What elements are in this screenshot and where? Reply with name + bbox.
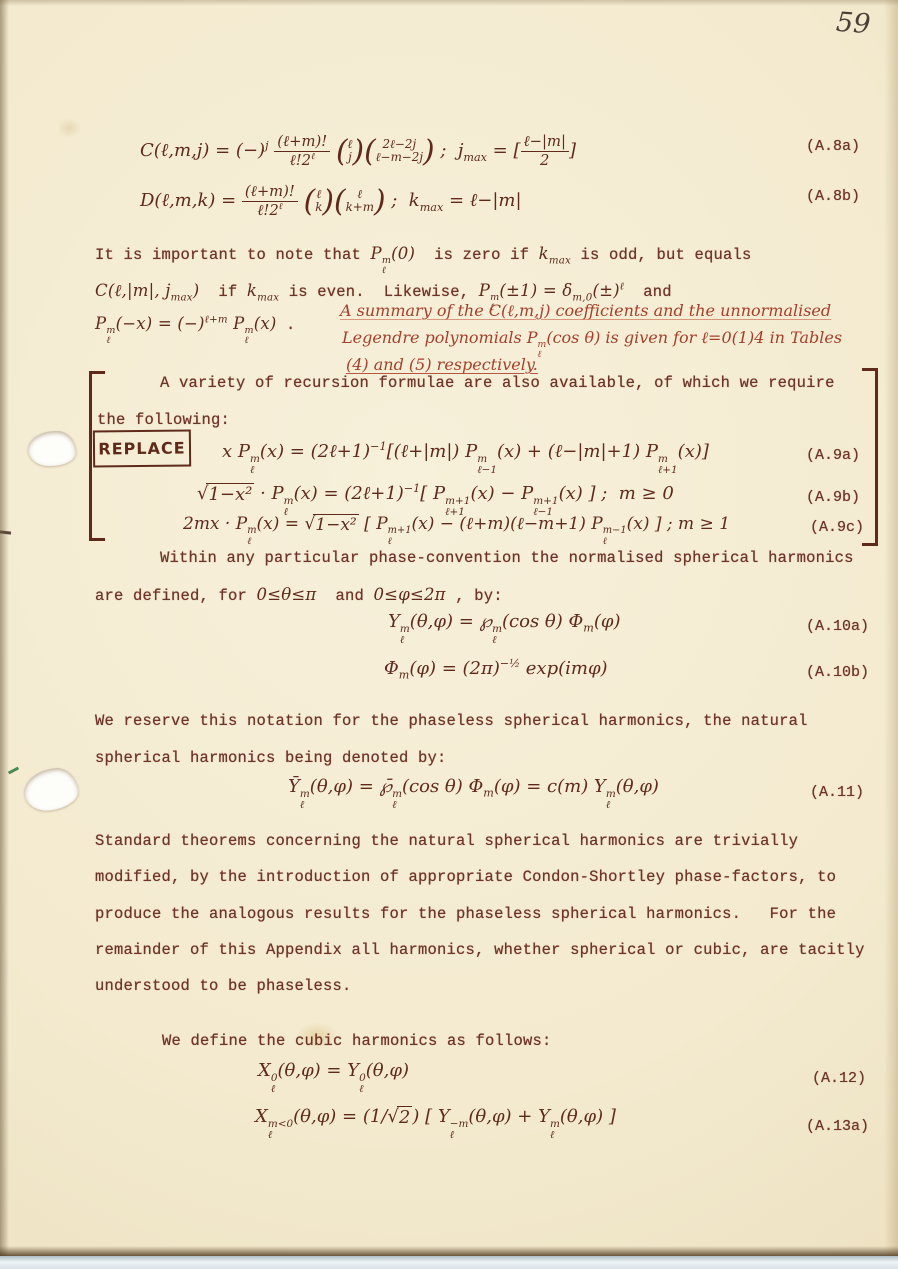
recursion-intro-line: A variety of recursion formulae are also… [160, 374, 835, 392]
standard-paragraph-line: modified, by the introduction of appropr… [95, 868, 836, 886]
equation-label-a9b: (A.9b) [806, 489, 860, 506]
punch-hole [28, 431, 76, 466]
reserve-paragraph-line: We reserve this notation for the phasele… [95, 712, 808, 730]
equation-label-a13a: (A.13a) [806, 1118, 869, 1135]
green-dash-mark [8, 767, 19, 775]
equation-label-a8b: (A.8b) [806, 188, 860, 205]
standard-paragraph-line: Standard theorems concerning the natural… [95, 832, 798, 850]
standard-paragraph-line: remainder of this Appendix all harmonics… [95, 941, 865, 959]
equation-label-a8a: (A.8a) [806, 138, 860, 155]
handwritten-math: Pmℓ(±1) = δm,0(±)ℓ [479, 281, 624, 300]
equation-a13a: Xm<0ℓ(θ,φ) = (1/√2) [ Y−mℓ(θ,φ) + Ymℓ(θ,… [255, 1106, 616, 1141]
equation-label-a12: (A.12) [812, 1070, 866, 1087]
margin-note-line: (4) and (5) respectively. [346, 355, 538, 374]
define-cubic-line: We define the cubic harmonics as follows… [162, 1032, 552, 1050]
note-paragraph-line: Pmℓ(−x) = (−)ℓ+m Pmℓ(x) . [95, 314, 296, 346]
paper-edge-left [0, 0, 9, 1269]
handwritten-math: 0≤φ≤2π [373, 585, 445, 604]
equation-label-a10a: (A.10a) [806, 618, 869, 635]
equation-a8a: C(ℓ,m,j) = (−)j (ℓ+m)!ℓ!2ℓ (ℓj)(2ℓ−2jℓ−m… [140, 133, 576, 169]
paper-stain [56, 118, 82, 138]
scanned-page: 59 C(ℓ,m,j) = (−)j (ℓ+m)!ℓ!2ℓ (ℓj)(2ℓ−2j… [0, 0, 898, 1269]
page-number: 59 [835, 7, 871, 40]
equation-a10a: Ymℓ(θ,φ) = ℘mℓ(cos θ) Φm(φ) [388, 611, 621, 646]
equation-a9c: 2mx · Pmℓ(x) = √1−x² [ Pm+1ℓ(x) − (ℓ+m)(… [183, 514, 730, 547]
equation-label-a9a: (A.9a) [806, 447, 860, 464]
handwritten-math: kmax [247, 281, 279, 300]
scanner-background-strip [0, 1256, 898, 1269]
equation-label-a9c: (A.9c) [810, 519, 864, 536]
equation-label-a10b: (A.10b) [806, 664, 869, 681]
handwritten-math: kmax [539, 244, 571, 263]
replace-annotation: REPLACE [93, 429, 191, 467]
handwritten-math: Pmℓ(0) [371, 244, 416, 263]
reserve-paragraph-line: spherical harmonics being denoted by: [95, 749, 447, 767]
punch-hole [21, 765, 81, 814]
handwritten-math: Pmℓ(−x) = (−)ℓ+m Pmℓ(x) [95, 314, 277, 333]
paper-edge-bottom [0, 1246, 898, 1256]
margin-note-line: A summary of the C(ℓ,m,j) coefficients a… [340, 301, 831, 321]
equation-a8b: D(ℓ,m,k) = (ℓ+m)!ℓ!2ℓ (ℓk)(ℓk+m) ; kmax … [140, 183, 522, 219]
handwritten-math: 0≤θ≤π [257, 585, 317, 604]
equation-a10b: Φm(φ) = (2π)−½ exp(imφ) [384, 657, 608, 682]
equation-a9a: x Pmℓ(x) = (2ℓ+1)−1[(ℓ+|m|) Pmℓ−1(x) + (… [222, 440, 709, 476]
note-paragraph-line: It is important to note that Pmℓ(0) is z… [95, 244, 752, 276]
handwritten-math: C(ℓ,|m|, jmax) [95, 281, 199, 300]
equation-a12: X0ℓ(θ,φ) = Y0ℓ(θ,φ) [258, 1060, 409, 1095]
paper-edge-top [0, 0, 898, 6]
equation-a11: Ȳmℓ(θ,φ) = ℘̄mℓ(cos θ) Φm(φ) = c(m) Ymℓ(… [288, 776, 659, 811]
equation-a9b: √1−x² · Pmℓ(x) = (2ℓ+1)−1[ Pm+1ℓ+1(x) − … [197, 482, 674, 518]
paper-edge-right [884, 0, 898, 1269]
standard-paragraph-line: understood to be phaseless. [95, 977, 352, 995]
recursion-intro-line: the following: [97, 411, 230, 429]
standard-paragraph-line: produce the analogous results for the ph… [95, 905, 836, 923]
phase-intro-line: Within any particular phase-convention t… [160, 549, 854, 567]
phase-intro-line: are defined, for 0≤θ≤π and 0≤φ≤2π , by: [95, 585, 503, 605]
equation-label-a11: (A.11) [810, 784, 864, 801]
